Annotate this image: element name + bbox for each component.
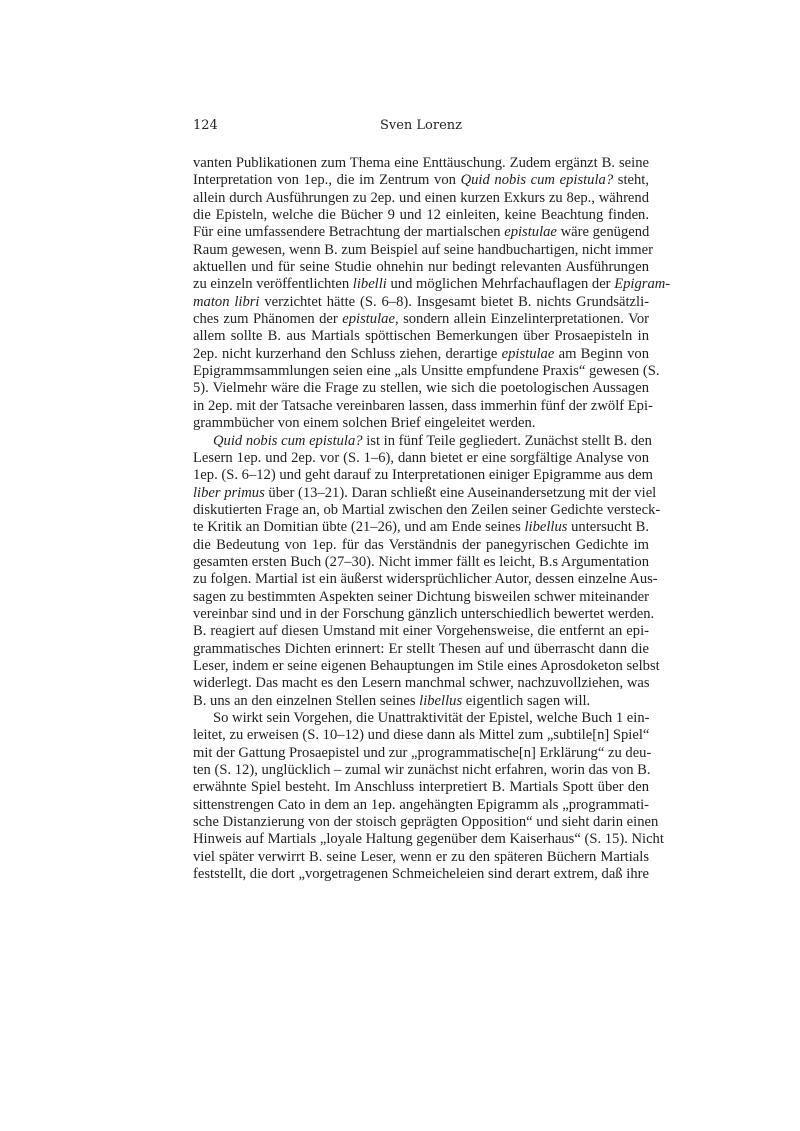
text-segment: steht, <box>613 172 649 188</box>
text-line: feststellt, die dort „vorgetragenen Schm… <box>193 866 649 883</box>
text-line: sagen zu bestimmten Aspekten seiner Dich… <box>193 589 649 606</box>
text-line: Quid nobis cum epistula? ist in fünf Tei… <box>193 433 649 450</box>
text-segment: 5). Vielmehr wäre die Frage zu stellen, … <box>193 380 649 396</box>
text-line: in 2ep. mit der Tatsache vereinbaren las… <box>193 398 649 415</box>
text-line: zu einzeln veröffentlichten libelli und … <box>193 276 649 293</box>
text-line: liber primus über (13–21). Daran schließ… <box>193 485 649 502</box>
italic-text: liber primus <box>193 485 265 501</box>
text-line: allem sollte B. aus Martials spöttischen… <box>193 328 649 345</box>
text-line: allein durch Ausführungen zu 2ep. und ei… <box>193 190 649 207</box>
text-segment: B. reagiert auf diesen Umstand mit einer… <box>193 623 649 639</box>
text-segment: mit der Gattung Prosaepistel und zur „pr… <box>193 745 651 761</box>
italic-text: epistulae <box>502 346 555 362</box>
text-line: te Kritik an Domitian übte (21–26), und … <box>193 519 649 536</box>
text-line: 5). Vielmehr wäre die Frage zu stellen, … <box>193 380 649 397</box>
text-segment: wäre genügend <box>557 224 649 240</box>
text-line: 2ep. nicht kurzerhand den Schluss ziehen… <box>193 346 649 363</box>
italic-text: libellus <box>524 519 567 535</box>
text-segment: in 2ep. mit der Tatsache vereinbaren las… <box>193 398 653 414</box>
text-segment: vanten Publikationen zum Thema eine Entt… <box>193 155 649 171</box>
text-segment: Interpretation von 1ep., die im Zentrum … <box>193 172 461 188</box>
text-segment: Epigrammsammlungen seien eine „als Unsit… <box>193 363 659 379</box>
text-segment: Hinweis auf Martials „loyale Haltung geg… <box>193 831 664 847</box>
text-segment: viel später verwirrt B. seine Leser, wen… <box>193 849 649 865</box>
text-segment: ist in fünf Teile gegliedert. Zunächst s… <box>363 433 652 449</box>
text-segment: und möglichen Mehrfachauflagen der <box>387 276 614 292</box>
text-line: So wirkt sein Vorgehen, die Unattraktivi… <box>193 710 649 727</box>
text-line: Für eine umfassendere Betrachtung der ma… <box>193 224 649 241</box>
text-segment: Raum gewesen, wenn B. zum Beispiel auf s… <box>193 242 653 258</box>
paragraph: Quid nobis cum epistula? ist in fünf Tei… <box>193 433 649 711</box>
text-segment: verzichtet hätte (S. 6–8). Insgesamt bie… <box>260 294 650 310</box>
text-segment: zu einzeln veröffentlichten <box>193 276 353 292</box>
text-segment: Lesern 1ep. und 2ep. vor (S. 1–6), dann … <box>193 450 649 466</box>
text-line: Raum gewesen, wenn B. zum Beispiel auf s… <box>193 242 649 259</box>
text-line: widerlegt. Das macht es den Lesern manch… <box>193 675 649 692</box>
text-segment: Leser, indem er seine eigenen Behauptung… <box>193 658 660 674</box>
text-segment: eigentlich sagen will. <box>462 693 590 709</box>
text-line: Leser, indem er seine eigenen Behauptung… <box>193 658 649 675</box>
italic-text: maton libri <box>193 294 260 310</box>
italic-text: libellus <box>419 693 462 709</box>
text-line: aktuellen und für seine Studie ohnehin n… <box>193 259 649 276</box>
text-segment: diskutierten Frage an, ob Martial zwisch… <box>193 502 660 518</box>
text-segment: ches zum Phänomen der <box>193 311 342 327</box>
text-line: ches zum Phänomen der epistulae, sondern… <box>193 311 649 328</box>
italic-text: libelli <box>353 276 387 292</box>
text-segment: gesamten ersten Buch (27–30). Nicht imme… <box>193 554 649 570</box>
text-segment: grammatisches Dichten erinnert: Er stell… <box>193 641 649 657</box>
text-segment: , sondern allein Einzelinterpretationen.… <box>395 311 649 327</box>
text-segment: leitet, zu erweisen (S. 10–12) und diese… <box>193 727 649 743</box>
text-segment: 2ep. nicht kurzerhand den Schluss ziehen… <box>193 346 502 362</box>
italic-text: Quid nobis cum epistula? <box>461 172 614 188</box>
text-segment: am Beginn von <box>554 346 649 362</box>
text-line: grammbücher von einem solchen Brief eing… <box>193 415 649 432</box>
text-line: sittenstrengen Cato in dem an 1ep. angeh… <box>193 797 649 814</box>
text-segment: zu folgen. Martial ist ein äußerst wider… <box>193 571 658 587</box>
text-segment: vereinbar sind und in der Forschung gänz… <box>193 606 654 622</box>
text-line: Lesern 1ep. und 2ep. vor (S. 1–6), dann … <box>193 450 649 467</box>
text-line: gesamten ersten Buch (27–30). Nicht imme… <box>193 554 649 571</box>
italic-text: Quid nobis cum epistula? <box>213 433 363 449</box>
running-head-author: Sven Lorenz <box>193 118 649 133</box>
text-segment: B. uns an den einzelnen Stellen seines <box>193 693 419 709</box>
text-line: Interpretation von 1ep., die im Zentrum … <box>193 172 649 189</box>
text-line: die Bedeutung von 1ep. für das Verständn… <box>193 537 649 554</box>
text-segment: allein durch Ausführungen zu 2ep. und ei… <box>193 190 649 206</box>
text-segment: feststellt, die dort „vorgetragenen Schm… <box>193 866 649 882</box>
text-segment: te Kritik an Domitian übte (21–26), und … <box>193 519 524 535</box>
text-line: Epigrammsammlungen seien eine „als Unsit… <box>193 363 649 380</box>
text-segment: aktuellen und für seine Studie ohnehin n… <box>193 259 649 275</box>
text-segment: erwähnte Spiel besteht. Im Anschluss int… <box>193 779 649 795</box>
text-line: leitet, zu erweisen (S. 10–12) und diese… <box>193 727 649 744</box>
paragraph: vanten Publikationen zum Thema eine Entt… <box>193 155 649 433</box>
text-segment: So wirkt sein Vorgehen, die Unattraktivi… <box>213 710 650 726</box>
text-segment: ten (S. 12), unglücklich – zumal wir zun… <box>193 762 651 778</box>
body-text: vanten Publikationen zum Thema eine Entt… <box>193 155 649 883</box>
text-line: grammatisches Dichten erinnert: Er stell… <box>193 641 649 658</box>
text-line: viel später verwirrt B. seine Leser, wen… <box>193 849 649 866</box>
text-line: erwähnte Spiel besteht. Im Anschluss int… <box>193 779 649 796</box>
italic-text: epistulae <box>342 311 395 327</box>
text-line: mit der Gattung Prosaepistel und zur „pr… <box>193 745 649 762</box>
paragraph: So wirkt sein Vorgehen, die Unattraktivi… <box>193 710 649 883</box>
text-segment: widerlegt. Das macht es den Lesern manch… <box>193 675 650 691</box>
text-line: 1ep. (S. 6–12) und geht darauf zu Interp… <box>193 467 649 484</box>
text-line: die Episteln, welche die Bücher 9 und 12… <box>193 207 649 224</box>
text-line: vereinbar sind und in der Forschung gänz… <box>193 606 649 623</box>
text-line: B. uns an den einzelnen Stellen seines l… <box>193 693 649 710</box>
text-segment: untersucht B. <box>567 519 649 535</box>
text-line: diskutierten Frage an, ob Martial zwisch… <box>193 502 649 519</box>
text-segment: die Bedeutung von 1ep. für das Verständn… <box>193 537 649 553</box>
text-line: Hinweis auf Martials „loyale Haltung geg… <box>193 831 649 848</box>
text-line: maton libri verzichtet hätte (S. 6–8). I… <box>193 294 649 311</box>
text-segment: sche Distanzierung von der stoisch geprä… <box>193 814 658 830</box>
text-line: ten (S. 12), unglücklich – zumal wir zun… <box>193 762 649 779</box>
text-segment: sagen zu bestimmten Aspekten seiner Dich… <box>193 589 649 605</box>
text-segment: 1ep. (S. 6–12) und geht darauf zu Interp… <box>193 467 653 483</box>
text-line: vanten Publikationen zum Thema eine Entt… <box>193 155 649 172</box>
text-segment: allem sollte B. aus Martials spöttischen… <box>193 328 649 344</box>
page: 124 Sven Lorenz vanten Publikationen zum… <box>0 0 800 1131</box>
italic-text: Epigram- <box>614 276 670 292</box>
text-line: B. reagiert auf diesen Umstand mit einer… <box>193 623 649 640</box>
text-line: zu folgen. Martial ist ein äußerst wider… <box>193 571 649 588</box>
running-head: 124 Sven Lorenz <box>193 118 649 136</box>
italic-text: epistulae <box>504 224 557 240</box>
text-segment: über (13–21). Daran schließt eine Ausein… <box>265 485 656 501</box>
text-segment: Für eine umfassendere Betrachtung der ma… <box>193 224 504 240</box>
text-line: sche Distanzierung von der stoisch geprä… <box>193 814 649 831</box>
text-segment: die Episteln, welche die Bücher 9 und 12… <box>193 207 649 223</box>
text-segment: sittenstrengen Cato in dem an 1ep. angeh… <box>193 797 649 813</box>
text-segment: grammbücher von einem solchen Brief eing… <box>193 415 535 431</box>
